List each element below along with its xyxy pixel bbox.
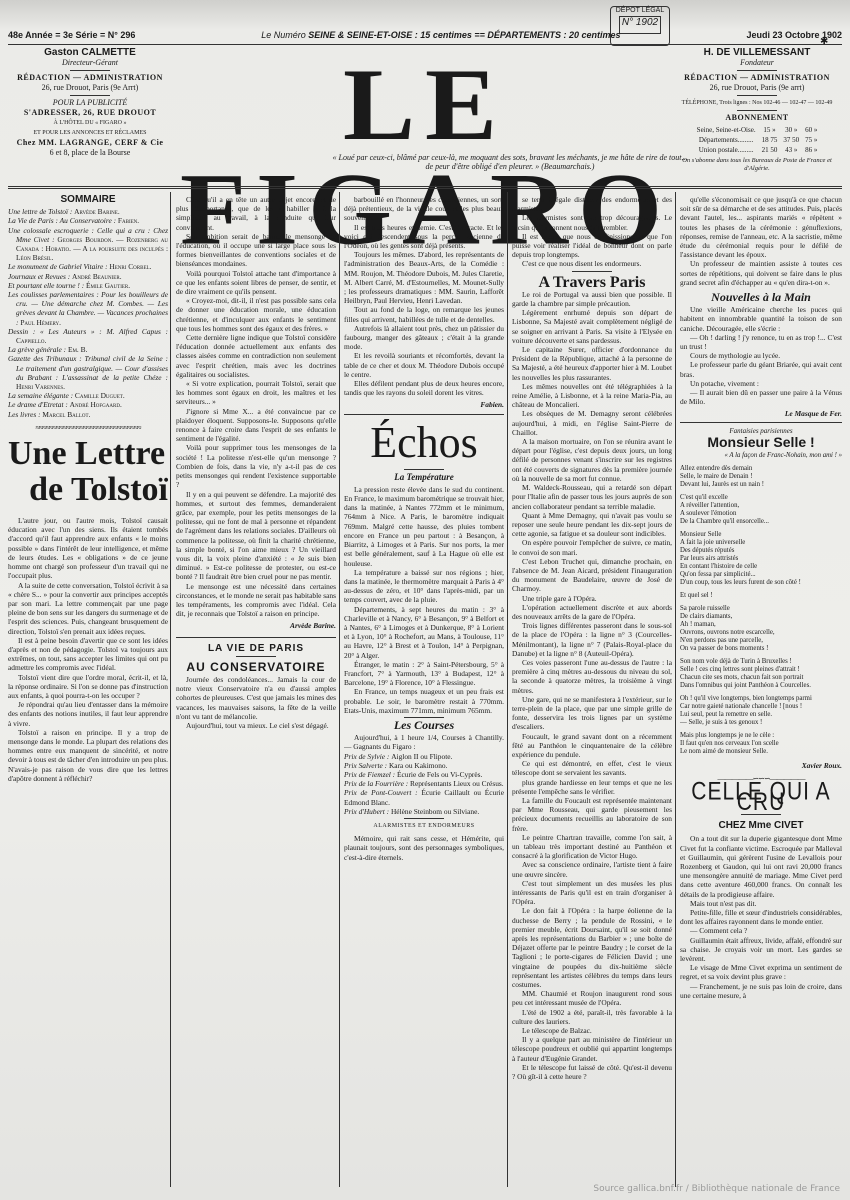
- paragraph: Trois lignes différentes passeront dans …: [512, 621, 672, 658]
- paragraph: Foucault, le grand savant dont on a réce…: [512, 732, 672, 760]
- nouvelle-item: Cours de mythologie au lycée.: [680, 351, 842, 360]
- paragraph: Il est trois heures et demie. C'est l'en…: [344, 223, 504, 251]
- subscription-row: Départements.........18 7537 5075 »: [694, 135, 821, 145]
- celle-qui-a-cru-title: CELLE QUI A CRU: [680, 786, 842, 808]
- column-5: qu'elle s'économisait ce que jusqu'à ce …: [680, 195, 842, 1190]
- paragraph: J'ignore si Mme X... a été convaincue pa…: [176, 407, 336, 444]
- paragraph: Le peintre Chartran travaille, comme l'o…: [512, 833, 672, 861]
- ads-agent: Chez MM. LAGRANGE, CERF & Cie: [5, 138, 175, 148]
- subscription-title: ABONNEMENT: [672, 113, 842, 123]
- paragraph: Voilà pour supprimer tous les mensonges …: [176, 443, 336, 489]
- tolstoi-headline: Une Lettre de Tolstoï: [8, 436, 168, 508]
- poem: Allez entendre dès demain Selle, le mair…: [680, 465, 842, 756]
- paragraph: Je répondrai qu'au lieu d'entasser dans …: [8, 700, 168, 728]
- paragraph: Le visage de Mme Civet exprima un sentim…: [680, 963, 842, 981]
- sommaire-item: Gazette des Tribunaux : Tribunal civil d…: [8, 354, 168, 391]
- paragraph: M. Waldeck-Rousseau, qui a retardé son d…: [512, 483, 672, 511]
- paragraph: Tolstoï a raison en principe. Il y a tro…: [8, 728, 168, 783]
- column-4: se tenir à égale distance des endormeurs…: [512, 195, 672, 1190]
- paragraph: Aujourd'hui, tout va mieux. Le ciel s'es…: [176, 721, 336, 730]
- paragraph: Ces voies passeront l'une au-dessus de l…: [512, 658, 672, 695]
- sommaire-list: Une lettre de Tolstoï : Arvède Barine.La…: [8, 207, 168, 419]
- paragraph: Journée des condoléances... Jamais la co…: [176, 675, 336, 721]
- alarmistes-title: ALARMISTES ET ENDORMEURS: [344, 822, 504, 831]
- paragraph: C'est qu'il a en tête un autre objet enc…: [176, 195, 336, 232]
- issue-number: 48e Année = 3e Série = N° 296: [8, 30, 135, 40]
- sommaire-item: La Vie de Paris : Au Conservatoire : Fab…: [8, 216, 168, 225]
- celle-article: On a tout dit sur la duperie gigantesque…: [680, 834, 842, 1000]
- paragraph: Il y a quelque part au ministère de l'in…: [512, 1035, 672, 1063]
- paragraph: Le télescope de Balzac.: [512, 1026, 672, 1035]
- column-3: barbouillé en l'honneur des comédiennes,…: [344, 195, 504, 1190]
- paragraph: Et le télescope fut laissé de côté. Qu'e…: [512, 1063, 672, 1081]
- sommaire-item: La grève générale : Em. B.: [8, 345, 168, 354]
- subscription-row: Seine, Seine-et-Oise.15 »30 »60 »: [694, 125, 821, 135]
- sommaire-title: SOMMAIRE: [8, 195, 168, 204]
- paragraph: C'est Lebon Truchet qui, dimanche procha…: [512, 557, 672, 594]
- sommaire-item: Les livres : Marcel Ballot.: [8, 410, 168, 419]
- masthead-rule: [8, 186, 842, 189]
- nouvelles-title: Nouvelles à la Main: [680, 293, 842, 302]
- header-right: H. DE VILLEMESSANT Fondateur RÉDACTION —…: [672, 48, 842, 173]
- publicity-address: S'ADRESSER, 26, RUE DROUOT: [5, 108, 175, 118]
- nouvelle-item: — Il aurait bien dû en passer une paire …: [680, 388, 842, 406]
- column-divider: [339, 192, 340, 1187]
- paragraph: se tenir à égale distance des endormeurs…: [512, 195, 672, 213]
- paragraph: Ce qui est démontré, en effet, c'est le …: [512, 759, 672, 777]
- ads-address: 6 et 8, place de la Bourse: [5, 148, 175, 158]
- paragraph: Il y en a qui peuvent se défendre. La ma…: [176, 490, 336, 582]
- paragraph: plus grande hardiesse en leur temps et q…: [512, 778, 672, 796]
- vie-de-paris-section: LA VIE DE PARIS: [176, 644, 336, 653]
- paragraph: C'est tout simplement un des musées les …: [512, 879, 672, 907]
- course-item: Prix de la Fourrière : Représentants Lie…: [344, 779, 504, 788]
- paragraph: A la suite de cette conversation, Tolsto…: [8, 581, 168, 636]
- paragraph: Il est à peine besoin d'avertir que ce s…: [8, 636, 168, 673]
- temperature-title: La Température: [344, 473, 504, 482]
- column-divider: [507, 192, 508, 1187]
- office-address: 26, rue Drouot, Paris (9e Arrt): [5, 83, 175, 93]
- paragraph: « Si votre explication, pourrait Tolstoï…: [176, 379, 336, 407]
- sommaire-item: Le monument de Gabriel Vitaire : Henri C…: [8, 262, 168, 271]
- paragraph: On a tout dit sur la duperie gigantesque…: [680, 834, 842, 898]
- paragraph: — Franchement, je ne suis pas loin de cr…: [680, 982, 842, 1000]
- paragraph: barbouillé en l'honneur des comédiennes,…: [344, 195, 504, 223]
- temperature-text-4: Étranger, le matin : 2° à Saint-Pétersbo…: [344, 660, 504, 688]
- temperature-text-2: La température a baissé sur nos régions …: [344, 568, 504, 605]
- paragraph: Guillaumin était affreux, livide, affalé…: [680, 936, 842, 964]
- courses-list: Prix de Sylvie : Aiglon II ou Flipote.Pr…: [344, 752, 504, 816]
- paragraph: Les obsèques de M. Demagny seront célébr…: [512, 409, 672, 437]
- nouvelle-item: Un potache, vivement :: [680, 379, 842, 388]
- poem-stanza: Oh ! qu'il vive longtemps, bien longtemp…: [680, 695, 842, 727]
- paragraph: L'été de 1902 a été, paraît-il, très fav…: [512, 1008, 672, 1026]
- paragraph: Les mêmes nouvelles ont été télégraphiée…: [512, 382, 672, 410]
- paragraph: Le mensonge est une nécessité dans certa…: [176, 582, 336, 619]
- sommaire-item: Les coulisses parlementaires : Pour les …: [8, 290, 168, 327]
- subscription-note: On s'abonne dans tous les Bureaux de Pos…: [672, 157, 842, 173]
- paragraph: Autrefois là allaient tout près, chez un…: [344, 324, 504, 352]
- paragraph: Une gare, qui ne se manifestera à l'exté…: [512, 695, 672, 732]
- director-name: Gaston CALMETTE: [5, 48, 175, 58]
- course-item: Prix d'Hubert : Hélène Steinbom ou Silvi…: [344, 807, 504, 816]
- sommaire-item: Le drame d'Etretat : André Hofgaard.: [8, 400, 168, 409]
- poem-stanza: Allez entendre dès demain Selle, le mair…: [680, 465, 842, 489]
- paragraph: Quant à Mme Demagny, qui n'avait pas vou…: [512, 511, 672, 539]
- temperature-text-3: Départements, à sept heures du matin : 3…: [344, 605, 504, 660]
- temperature-text: La pression reste élevée dans le sud du …: [344, 485, 504, 568]
- poem-stanza: Sa parole ruisselle De clairs diamants, …: [680, 605, 842, 653]
- sommaire-item: Dessin : « Les Auteurs » : M. Alfred Cap…: [8, 327, 168, 345]
- course-item: Prix Salverte : Kara ou Kakimono.: [344, 761, 504, 770]
- tolstoi-signature: Arvède Barine.: [176, 621, 336, 630]
- poem-stanza: Et quel sel !: [680, 592, 842, 600]
- ads-label: ET POUR LES ANNONCES ET RÉCLAMES: [5, 128, 175, 138]
- chez-mme-civet-title: CHEZ Mme CIVET: [680, 821, 842, 830]
- paragraph: A la maison mortuaire, on l'on se réunir…: [512, 437, 672, 483]
- poem-signature: Xavier Roux.: [680, 761, 842, 770]
- depot-legal-stamp: DÉPOT LÉGAL N° 1902: [610, 6, 670, 46]
- tolstoi-article: L'autre jour, ou l'autre mois, Tolstoï c…: [8, 516, 168, 783]
- paragraph: Cette dernière ligne indique que Tolstoï…: [176, 333, 336, 379]
- conservatoire-article: Journée des condoléances... Jamais la co…: [176, 675, 336, 730]
- sommaire-item: La semaine élégante : Camille Duguet.: [8, 391, 168, 400]
- paragraph: C'est ce que nous disent les endormeurs.: [512, 259, 672, 268]
- column-divider: [170, 192, 171, 1187]
- paragraph: Légèrement enrhumé depuis son départ de …: [512, 308, 672, 345]
- paragraph: L'autre jour, ou l'autre mois, Tolstoï c…: [8, 516, 168, 580]
- poem-stanza: Son nom vole déjà de Turin à Bruxelles !…: [680, 658, 842, 690]
- paragraph: Mais tout n'est pas dit.: [680, 899, 842, 908]
- poem-stanza: C'est qu'il excelle A réveiller l'attent…: [680, 494, 842, 526]
- column-divider: [675, 192, 676, 1187]
- paragraph: MM. Chaumié et Roujon inaugurent rond so…: [512, 989, 672, 1007]
- paragraph: Tout au fond de la loge, on remarque les…: [344, 305, 504, 323]
- paragraph: Le capitaine Surer, officier d'ordonnanc…: [512, 345, 672, 382]
- publicity-sub: À L'HÔTEL DU « FIGARO »: [5, 118, 175, 128]
- founder-role: Fondateur: [672, 58, 842, 68]
- poem-epigraph: « A la façon de Franc-Nohain, mon ami ! …: [680, 451, 842, 460]
- monsieur-selle-title: Monsieur Selle !: [680, 438, 842, 447]
- paragraph: Et les revoilà souriants et récomfortés,…: [344, 351, 504, 379]
- newspaper-page: DÉPOT LÉGAL N° 1902 ✱ 48e Année = 3e Sér…: [0, 0, 850, 1200]
- paragraph: L'opération actuellement discrète et aux…: [512, 603, 672, 621]
- director-role: Directeur-Gérant: [5, 58, 175, 68]
- paragraph: Toujours les mêmes. D'abord, les représe…: [344, 250, 504, 305]
- paragraph: qu'elle s'économisait ce que jusqu'à ce …: [680, 195, 842, 259]
- paragraph: La famille du Foucault est représentée m…: [512, 796, 672, 833]
- wavy-divider: ≈≈≈≈≈≈≈≈≈≈≈≈≈≈≈≈≈≈≈≈≈≈≈≈≈≈≈≈≈≈≈: [8, 423, 168, 432]
- publicity-label: POUR LA PUBLICITÉ: [5, 98, 175, 108]
- column-1: SOMMAIRE Une lettre de Tolstoï : Arvède …: [8, 195, 168, 1190]
- stamp-title: DÉPOT LÉGAL: [611, 7, 669, 14]
- a-travers-paris-article: Le roi de Portugal va aussi bien que pos…: [512, 290, 672, 1081]
- poem-stanza: Mais plus longtemps je ne le cèle : Il f…: [680, 732, 842, 756]
- courses-intro: Aujourd'hui, à 1 heure 1/4, Courses à Ch…: [344, 733, 504, 751]
- paragraph: Le roi de Portugal va aussi bien que pos…: [512, 290, 672, 308]
- tolstoi-article-cont: C'est qu'il a en tête un autre objet enc…: [176, 195, 336, 618]
- nouvelles-list: Une vieille Américaine cherche les puces…: [680, 305, 842, 406]
- paragraph: Son ambition serait de bannir le mensong…: [176, 232, 336, 269]
- course-item: Prix de Fiemzel : Écurie de Fels ou Vi-C…: [344, 770, 504, 779]
- office-label-right: RÉDACTION — ADMINISTRATION: [672, 73, 842, 83]
- temperature-text-5: En France, un temps nuageux et un peu fr…: [344, 687, 504, 715]
- paragraph: Un professeur de maintien assiste à tout…: [680, 259, 842, 287]
- top-line: 48e Année = 3e Série = N° 296 Le Numéro …: [8, 30, 842, 40]
- conservatoire-article-cont: barbouillé en l'honneur des comédiennes,…: [344, 195, 504, 397]
- echos-title: Échos: [344, 419, 504, 467]
- subscription-table: Seine, Seine-et-Oise.15 »30 »60 »Départe…: [694, 125, 821, 155]
- conservatoire-title: AU CONSERVATOIRE: [176, 663, 336, 672]
- nouvelle-item: — Oh ! darling ! j'y renonce, tu en as t…: [680, 333, 842, 351]
- paragraph: Les alarmistes sont par trop découragean…: [512, 213, 672, 231]
- sommaire-item: Journaux et Revues : André Beaunier.: [8, 272, 168, 281]
- nouvelle-item: Une vieille Américaine cherche les puces…: [680, 305, 842, 333]
- paragraph: Voilà pourquoi Tolstoï attache tant d'im…: [176, 269, 336, 297]
- nouvelle-item: Le professeur parle du géant Briarée, qu…: [680, 360, 842, 378]
- source-credit: Source gallica.bnf.fr / Bibliothèque nat…: [593, 1184, 840, 1194]
- paragraph: Avec sa conscience ordinaire, l'artiste …: [512, 860, 672, 878]
- poem-stanza: Monsieur Selle A fait la joie universell…: [680, 531, 842, 587]
- course-item: Prix de Pont-Couvert : Écurie Caillault …: [344, 788, 504, 806]
- course-item: Prix de Sylvie : Aiglon II ou Flipote.: [344, 752, 504, 761]
- office-address-right: 26, rue Drouot, Paris (9e arrt): [672, 83, 842, 93]
- phone-numbers: TÉLÉPHONE, Trois lignes : Nos 102-46 — 1…: [672, 98, 842, 108]
- paragraph: Il est temps que nous en finissions, et …: [512, 232, 672, 260]
- a-travers-paris-title: A Travers Paris: [512, 278, 672, 287]
- col5-text: qu'elle s'économisait ce que jusqu'à ce …: [680, 195, 842, 287]
- col4-text: se tenir à égale distance des endormeurs…: [512, 195, 672, 269]
- sommaire-item: Et pourtant elle tourne ! : Émile Gautie…: [8, 281, 168, 290]
- issue-date: Jeudi 23 Octobre 1902: [746, 30, 842, 40]
- top-rule: [8, 44, 842, 45]
- motto: « Loué par ceux-ci, blâmé par ceux-là, m…: [330, 153, 690, 171]
- founder-name: H. DE VILLEMESSANT: [672, 48, 842, 58]
- subscription-row: Union postale.........21 5043 »86 »: [694, 145, 821, 155]
- price-line: Le Numéro SEINE & SEINE-ET-OISE : 15 cen…: [261, 30, 620, 40]
- paragraph: — Comment cela ?: [680, 926, 842, 935]
- header-left: Gaston CALMETTE Directeur-Gérant RÉDACTI…: [5, 48, 175, 158]
- paragraph: Une triple gare à l'Opéra.: [512, 594, 672, 603]
- office-label: RÉDACTION — ADMINISTRATION: [5, 73, 175, 83]
- paragraph: On espère pouvoir l'empêcher de suivre, …: [512, 538, 672, 556]
- paragraph: « Croyez-moi, dit-il, il n'est pas possi…: [176, 296, 336, 333]
- sommaire-item: Une lettre de Tolstoï : Arvède Barine.: [8, 207, 168, 216]
- column-2: C'est qu'il a en tête un autre objet enc…: [176, 195, 336, 1190]
- sommaire-item: Une colossale escroquerie : Celle qui a …: [8, 226, 168, 263]
- paragraph: Le don fait à l'Opéra : la harpe éolienn…: [512, 906, 672, 989]
- fabien-signature: Fabien.: [344, 400, 504, 409]
- paragraph: Tolstoï vient dire que l'ordre moral, éc…: [8, 673, 168, 701]
- paragraph: Elles défilent pendant plus de deux heur…: [344, 379, 504, 397]
- nouvelles-signature: Le Masque de Fer.: [680, 409, 842, 418]
- paragraph: Petite-fille, fille et sœur d'industriel…: [680, 908, 842, 926]
- alarmistes-text: Mémoire, qui rait sans cesse, et Hémérit…: [344, 834, 504, 862]
- courses-title: Les Courses: [344, 721, 504, 730]
